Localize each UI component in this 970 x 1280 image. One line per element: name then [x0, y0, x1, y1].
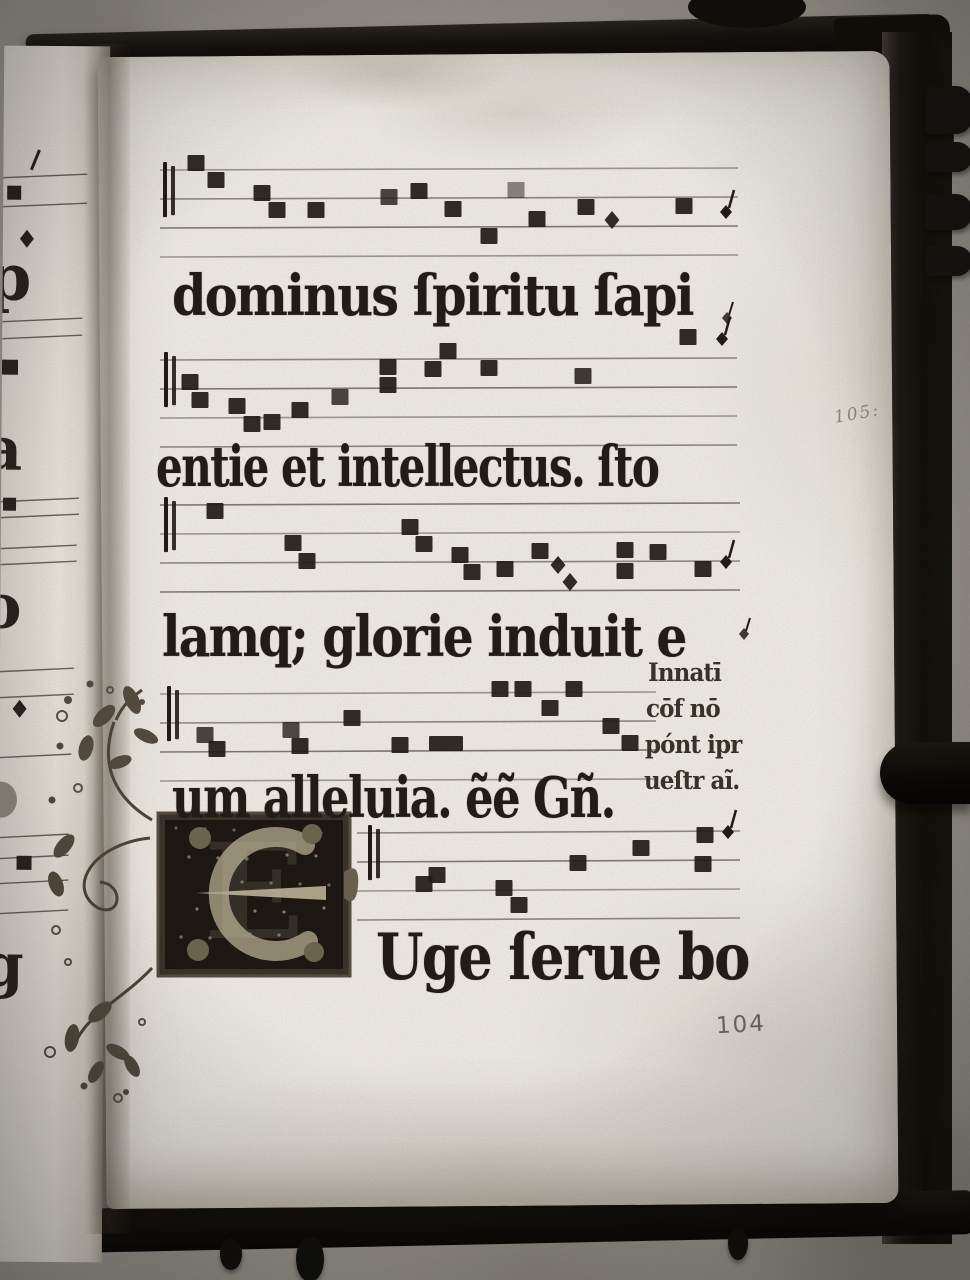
note-square [380, 359, 397, 375]
note-square [695, 856, 712, 872]
staff-3 [160, 497, 740, 592]
note-square [481, 360, 498, 376]
note-square [570, 855, 587, 871]
staff-line [357, 889, 740, 891]
custos-tail [729, 540, 734, 558]
margin-rubric-line-1: Innatī [648, 658, 721, 687]
note-square [283, 722, 300, 738]
margin-rubric-line-3: pónt ipr [645, 730, 741, 759]
clef-mark [164, 352, 168, 407]
note-square [529, 211, 546, 227]
note-square [244, 416, 261, 432]
note-square [508, 182, 525, 198]
note-square [209, 741, 226, 757]
speckle-dot [195, 907, 198, 910]
note-square [416, 536, 433, 552]
staff-line [160, 561, 740, 563]
note-square [192, 392, 209, 408]
staff-line [160, 532, 740, 534]
clef-mark [376, 829, 380, 878]
staff-2 [160, 317, 737, 447]
note-square [464, 564, 481, 580]
note-square [680, 329, 697, 345]
margin-rubric-line-2: cōf nō [646, 694, 720, 723]
clef-mark [171, 166, 175, 215]
note-square [402, 519, 419, 535]
note-square [381, 189, 398, 205]
note-square [697, 827, 714, 843]
note-square [575, 368, 592, 384]
note-square [695, 561, 712, 577]
staff-line [160, 226, 738, 228]
note-square [182, 374, 199, 390]
note-square [392, 737, 409, 753]
staff-line [160, 590, 740, 592]
staff-line [160, 721, 656, 723]
clef-mark [164, 497, 168, 552]
custos-tail [729, 190, 734, 208]
text-custos-mark [722, 312, 732, 324]
note-square [617, 542, 634, 558]
note-square [497, 561, 514, 577]
clef-mark [167, 686, 171, 741]
note-diamond [551, 556, 566, 574]
margin-rubric-line-4: ueſtr aĩ. [644, 766, 739, 795]
chant-text-line-3: lamq; glorie induit e [162, 604, 686, 670]
staff-line [160, 255, 738, 257]
note-square [617, 563, 634, 579]
text-custos-mark [739, 628, 749, 640]
initial-letter: E [204, 815, 305, 970]
staff-line [357, 831, 740, 833]
note-square [532, 543, 549, 559]
chant-text-line-1: dominus ſpiritu ſapi [172, 263, 693, 329]
note-square-wide [429, 736, 463, 751]
note-square [197, 727, 214, 743]
note-square [622, 735, 639, 751]
staff-line [160, 387, 737, 389]
staff-1 [160, 155, 738, 257]
note-square [496, 880, 513, 896]
initial-side-leaf [344, 868, 358, 901]
note-square [411, 183, 428, 199]
chant-text-line-2: entie et intellectus. ſto [156, 434, 658, 500]
manuscript-photo: p a o g E [0, 0, 970, 1280]
custos-tail [731, 810, 736, 828]
note-square [676, 198, 693, 214]
margin-vine-decoration [45, 681, 160, 1103]
note-square [292, 402, 309, 418]
note-square [452, 547, 469, 563]
speckle-dot [314, 854, 317, 857]
note-square [292, 738, 309, 754]
note-square [332, 389, 349, 405]
note-diamond [563, 573, 578, 591]
note-square [492, 681, 509, 697]
speckle-dot [187, 855, 190, 858]
speckle-dot [322, 906, 325, 909]
staff-line [160, 197, 738, 199]
note-square [633, 840, 650, 856]
note-square [445, 201, 462, 217]
text-custos-tail [729, 302, 733, 315]
note-square [269, 202, 286, 218]
note-square [344, 710, 361, 726]
folio-number-stamp: 104 [715, 1011, 766, 1040]
note-square [425, 361, 442, 377]
chant-text-line-5: Uge ſerue bo [376, 920, 749, 995]
staff-line [357, 860, 740, 862]
note-square [440, 343, 457, 359]
illuminated-initial-block: E [158, 813, 358, 976]
speckle-dot [179, 935, 182, 938]
clef-mark [172, 501, 176, 550]
clef-mark [172, 356, 176, 405]
note-square [299, 553, 316, 569]
note-square [188, 155, 205, 171]
note-square [429, 867, 446, 883]
note-square [542, 700, 559, 716]
note-square [566, 681, 583, 697]
note-square [208, 172, 225, 188]
text-custos-tail [746, 618, 750, 631]
note-square [515, 681, 532, 697]
note-square [380, 377, 397, 393]
speckle-dot [327, 883, 330, 886]
note-square [229, 398, 246, 414]
note-square [308, 202, 325, 218]
note-square [481, 228, 498, 244]
note-square [578, 199, 595, 215]
note-square [650, 544, 667, 560]
chant-text-line-4: um alleluia. ẽẽ Gñ. [172, 765, 615, 831]
note-square [207, 503, 224, 519]
note-square [511, 897, 528, 913]
staff-line [160, 168, 738, 170]
note-square [254, 185, 271, 201]
clef-mark [368, 825, 372, 880]
note-square [285, 535, 302, 551]
clef-mark [175, 690, 179, 739]
note-square [603, 718, 620, 734]
note-square [264, 414, 281, 430]
clef-mark [163, 162, 167, 217]
staff-line [160, 503, 740, 505]
